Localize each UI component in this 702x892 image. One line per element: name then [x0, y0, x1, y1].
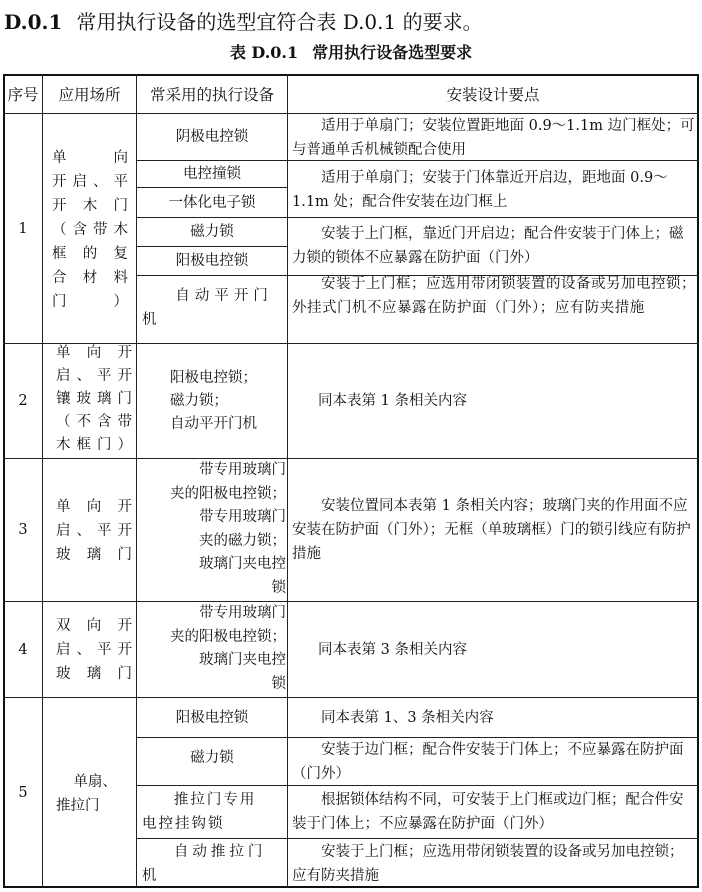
- row-5-no: 5: [3, 698, 43, 888]
- row-5-device-4: 自动推拉门 机: [142, 840, 284, 888]
- row-5-point-3: 根据锁体结构不同，可安装于上门框或边门框；配合件安装于门体上；不应暴露在防护面（…: [292, 788, 696, 836]
- sub-row-divider: [136, 785, 699, 786]
- clause-number: D.0.1: [4, 10, 62, 34]
- row-3-no: 3: [3, 459, 43, 601]
- row-1-device-3: 一体化电子锁: [137, 188, 287, 217]
- row-4-no: 4: [3, 602, 43, 697]
- header-points: 安装设计要点: [288, 76, 698, 113]
- row-1-place: 单 向 开启、平 开 木 门 （含带木 框 的 复 合 材 料 门）: [52, 146, 132, 314]
- row-5-device-1: 阳极电控锁: [137, 698, 287, 737]
- sub-row-divider: [136, 838, 699, 839]
- row-4-points: 同本表第 3 条相关内容: [318, 602, 688, 697]
- row-5-point-2: 安装于边门框；配合件安装于门体上；不应暴露在防护面（门外）: [292, 738, 696, 784]
- row-1-point-3: 安装于上门框，靠近门开启边；配合件安装于门体上；磁力锁的锁体不应暴露在防护面（门…: [292, 222, 696, 270]
- row-4-devices: 带专用玻璃门 夹的阳极电控锁； 玻璃门夹电控 锁: [140, 602, 286, 696]
- row-1-device-1: 阴极电控锁: [137, 114, 287, 160]
- row-2-devices: 阳极电控锁； 磁力锁； 自动平开门机: [170, 344, 285, 458]
- row-1-device-2: 电控撞锁: [137, 161, 287, 187]
- row-2-points: 同本表第 1 条相关内容: [318, 344, 688, 458]
- header-place: 应用场所: [43, 76, 136, 113]
- row-3-place: 单向开 启、平开 玻璃门: [56, 495, 132, 567]
- row-1-no: 1: [3, 114, 43, 343]
- row-5-point-4: 安装于上门框；应选用带闭锁装置的设备或另加电控锁；应有防夹措施: [292, 840, 696, 888]
- row-5-place: 单扇、 推拉门: [56, 770, 132, 818]
- table-caption-number: 表 D.0.1: [230, 43, 298, 62]
- clause-text: 常用执行设备的选型宜符合表 D.0.1 的要求。: [76, 10, 482, 34]
- header-no: 序号: [3, 76, 43, 113]
- table-caption: 表 D.0.1常用执行设备选型要求: [0, 40, 702, 63]
- column-divider: [287, 74, 288, 888]
- row-5-point-1: 同本表第 1、3 条相关内容: [292, 698, 696, 737]
- header-devices: 常采用的执行设备: [137, 76, 287, 113]
- row-3-points: 安装位置同本表第 1 条相关内容；玻璃门夹的作用面不应安装在防护面（门外）；无框…: [292, 459, 696, 601]
- clause-heading: D.0.1常用执行设备的选型宜符合表 D.0.1 的要求。: [4, 6, 483, 35]
- row-4-place: 双向开 启、平开 玻璃门: [56, 614, 132, 686]
- row-2-no: 2: [3, 344, 43, 458]
- table-caption-title: 常用执行设备选型要求: [312, 43, 472, 62]
- row-1-device-4: 磁力锁: [137, 218, 287, 246]
- row-1-device-6: 自动平开门 机: [142, 284, 282, 332]
- row-1-point-2: 适用于单扇门；安装于门体靠近开启边，距地面 0.9～1.1m 处；配合件安装在边…: [292, 166, 696, 214]
- row-3-devices: 带专用玻璃门 夹的阳极电控锁； 带专用玻璃门 夹的磁力锁； 玻璃门夹电控 锁: [140, 459, 286, 600]
- row-2-place: 单向开 启、平开 镶玻璃门 （不含带 木框门）: [56, 342, 132, 457]
- row-1-point-1: 适用于单扇门；安装位置距地面 0.9～1.1m 边门框处；可与普通单舌机械锁配合…: [292, 114, 696, 160]
- row-1-device-5: 阳极电控锁: [137, 247, 287, 275]
- row-1-point-4: 安装于上门框；应选用带闭锁装置的设备或另加电控锁；外挂式门机不应暴露在防护面（门…: [292, 272, 696, 320]
- row-5-device-3: 推拉门专用 电控挂钩锁: [142, 788, 284, 836]
- row-5-device-2: 磁力锁: [137, 738, 287, 778]
